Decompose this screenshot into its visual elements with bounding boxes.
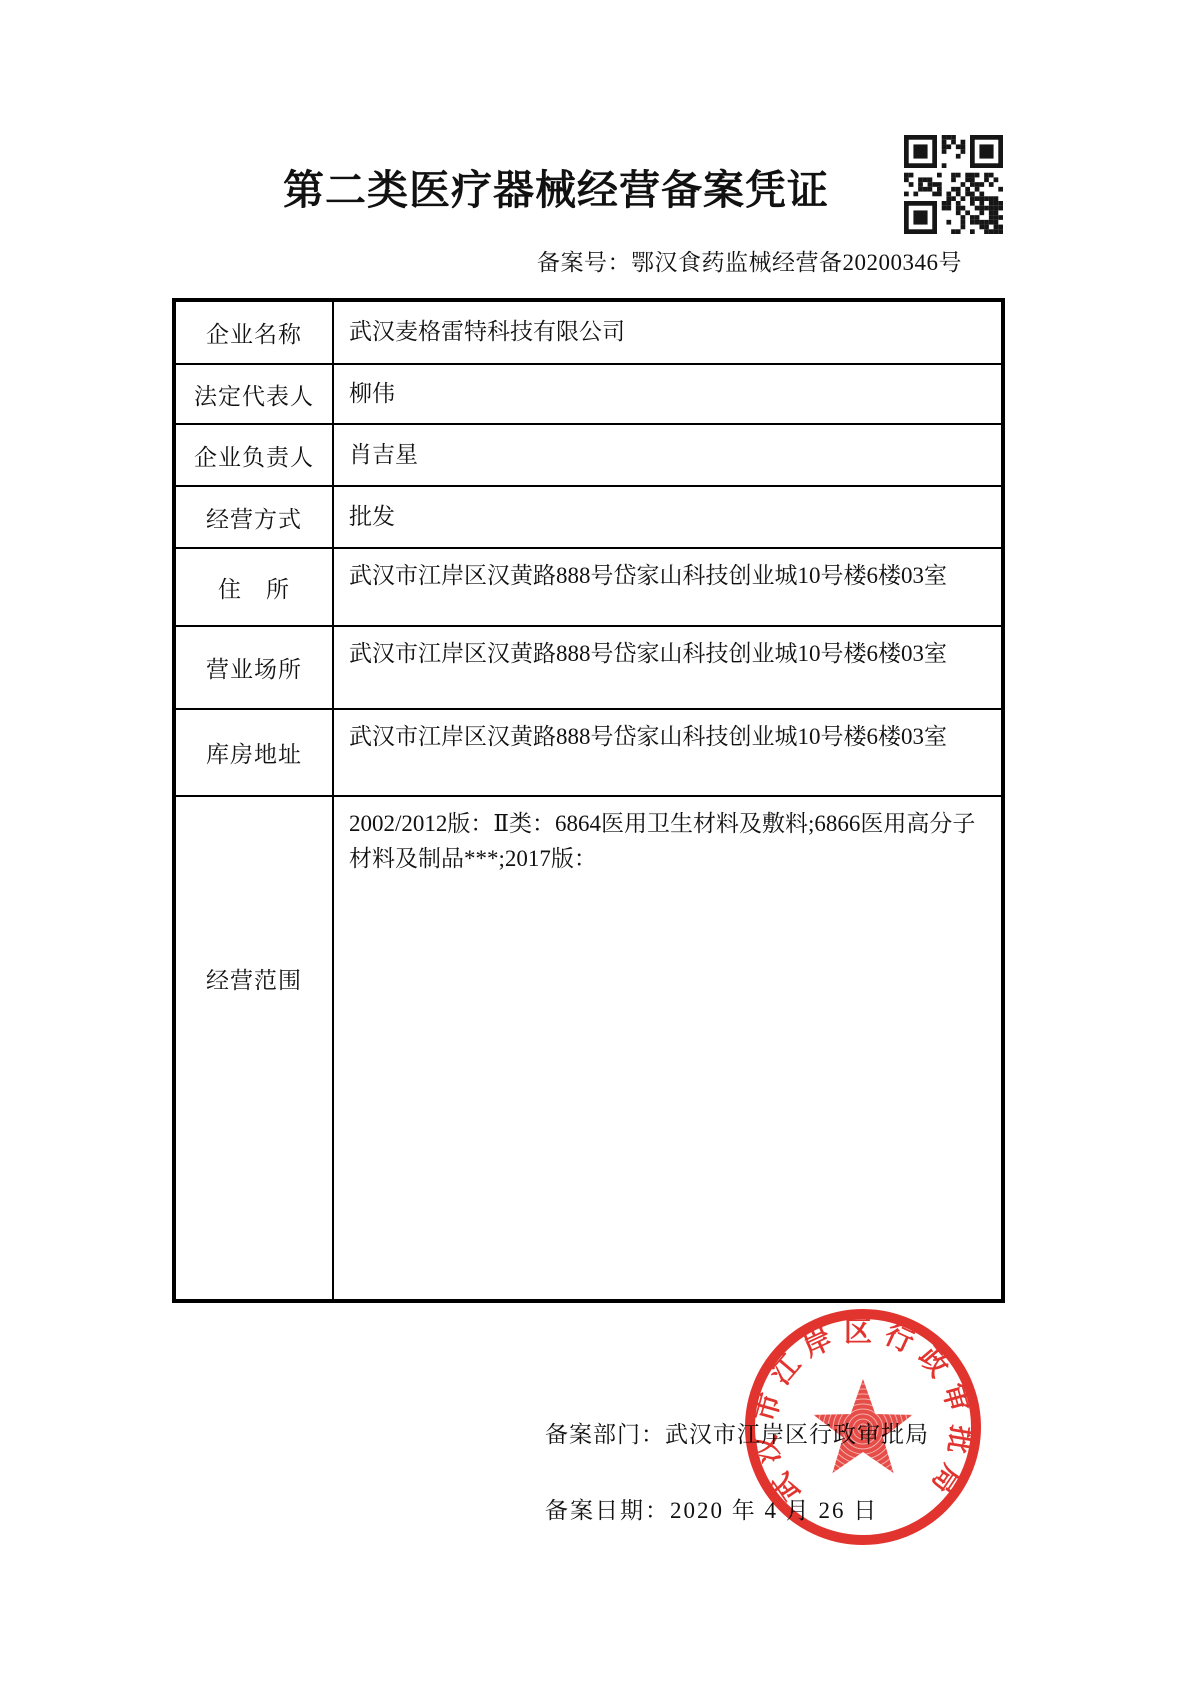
- filing-department-line: 备案部门：武汉市江岸区行政审批局: [545, 1416, 929, 1449]
- row-value: 肖吉星: [334, 425, 1001, 485]
- table-row-business-scope: 经营范围 2002/2012版：Ⅱ类：6864医用卫生材料及敷料;6866医用高…: [176, 795, 1001, 1299]
- row-label: 企业名称: [176, 302, 334, 363]
- filing-date-line: 备案日期：2020 年 4 月 26 日: [545, 1492, 878, 1525]
- row-value: 武汉麦格雷特科技有限公司: [334, 302, 1001, 363]
- row-value: 柳伟: [334, 365, 1001, 423]
- filing-department-value: 武汉市江岸区行政审批局: [665, 1422, 929, 1447]
- row-label: 住 所: [176, 549, 334, 625]
- row-label: 经营范围: [176, 797, 334, 1299]
- qr-code-svg: [904, 134, 1003, 235]
- table-row-legal-representative: 法定代表人 柳伟: [176, 363, 1001, 423]
- row-label: 经营方式: [176, 487, 334, 547]
- certificate-table: 企业名称 武汉麦格雷特科技有限公司 法定代表人 柳伟 企业负责人 肖吉星 经营方…: [172, 298, 1005, 1303]
- row-label: 营业场所: [176, 627, 334, 708]
- row-value: 武汉市江岸区汉黄路888号岱家山科技创业城10号楼6楼03室: [334, 549, 1001, 625]
- table-row-business-premises: 营业场所 武汉市江岸区汉黄路888号岱家山科技创业城10号楼6楼03室: [176, 625, 1001, 708]
- table-row-business-mode: 经营方式 批发: [176, 485, 1001, 547]
- certificate-page: 第二类医疗器械经营备案凭证 备案号：鄂汉食药监械经营备20200346号 企业名…: [0, 0, 1190, 1684]
- row-label: 企业负责人: [176, 425, 334, 485]
- row-value: 2002/2012版：Ⅱ类：6864医用卫生材料及敷料;6866医用高分子材料及…: [334, 797, 1001, 1299]
- filing-date-label: 备案日期：: [545, 1498, 670, 1523]
- table-row-enterprise-head: 企业负责人 肖吉星: [176, 423, 1001, 485]
- filing-department-label: 备案部门：: [545, 1422, 665, 1447]
- table-row-warehouse-address: 库房地址 武汉市江岸区汉黄路888号岱家山科技创业城10号楼6楼03室: [176, 708, 1001, 795]
- row-label: 法定代表人: [176, 365, 334, 423]
- qr-code-icon: [904, 134, 1003, 235]
- row-value: 武汉市江岸区汉黄路888号岱家山科技创业城10号楼6楼03室: [334, 627, 1001, 708]
- row-label: 库房地址: [176, 710, 334, 795]
- filing-number-label: 备案号：: [537, 250, 631, 275]
- row-value: 批发: [334, 487, 1001, 547]
- row-value: 武汉市江岸区汉黄路888号岱家山科技创业城10号楼6楼03室: [334, 710, 1001, 795]
- filing-date-value: 2020 年 4 月 26 日: [670, 1498, 878, 1523]
- seal-agency-text: 武汉市江岸区行政审批局: [748, 1316, 977, 1508]
- filing-number-line: 备案号：鄂汉食药监械经营备20200346号: [537, 244, 962, 277]
- table-row-residence: 住 所 武汉市江岸区汉黄路888号岱家山科技创业城10号楼6楼03室: [176, 547, 1001, 625]
- table-row-company-name: 企业名称 武汉麦格雷特科技有限公司: [176, 302, 1001, 363]
- filing-number-value: 鄂汉食药监械经营备20200346号: [631, 250, 962, 275]
